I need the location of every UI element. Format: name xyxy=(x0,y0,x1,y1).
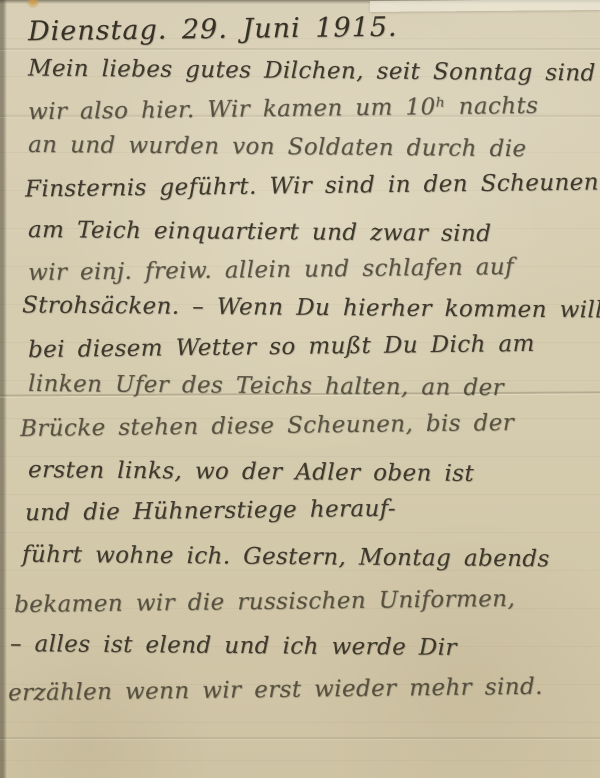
letter-line: ersten links, wo der Adler oben ist xyxy=(28,457,474,487)
letter-line: führt wohne ich. Gestern, Montag abends xyxy=(22,542,550,573)
letter-line: Mein liebes gutes Dilchen, seit Sonntag … xyxy=(28,56,596,87)
letter-line: Strohsäcken. – Wenn Du hierher kommen wi… xyxy=(22,292,600,323)
paper-crease xyxy=(0,737,600,739)
letter-line: – alles ist elend und ich werde Dir xyxy=(10,631,457,661)
letter-date: Dienstag. 29. Juni 1915. xyxy=(28,12,398,48)
paper-edge-tape xyxy=(370,0,600,12)
letter-photo: Dienstag. 29. Juni 1915. Mein liebes gut… xyxy=(0,0,600,778)
letter-line: an und wurden von Soldaten durch die xyxy=(28,132,527,162)
letter-line: linken Ufer des Teichs halten, an der xyxy=(28,371,504,401)
letter-line: und die Hühnerstiege herauf- xyxy=(25,496,396,527)
letter-line: am Teich einquartiert und zwar sind xyxy=(28,217,492,247)
paper-crease xyxy=(0,48,600,50)
